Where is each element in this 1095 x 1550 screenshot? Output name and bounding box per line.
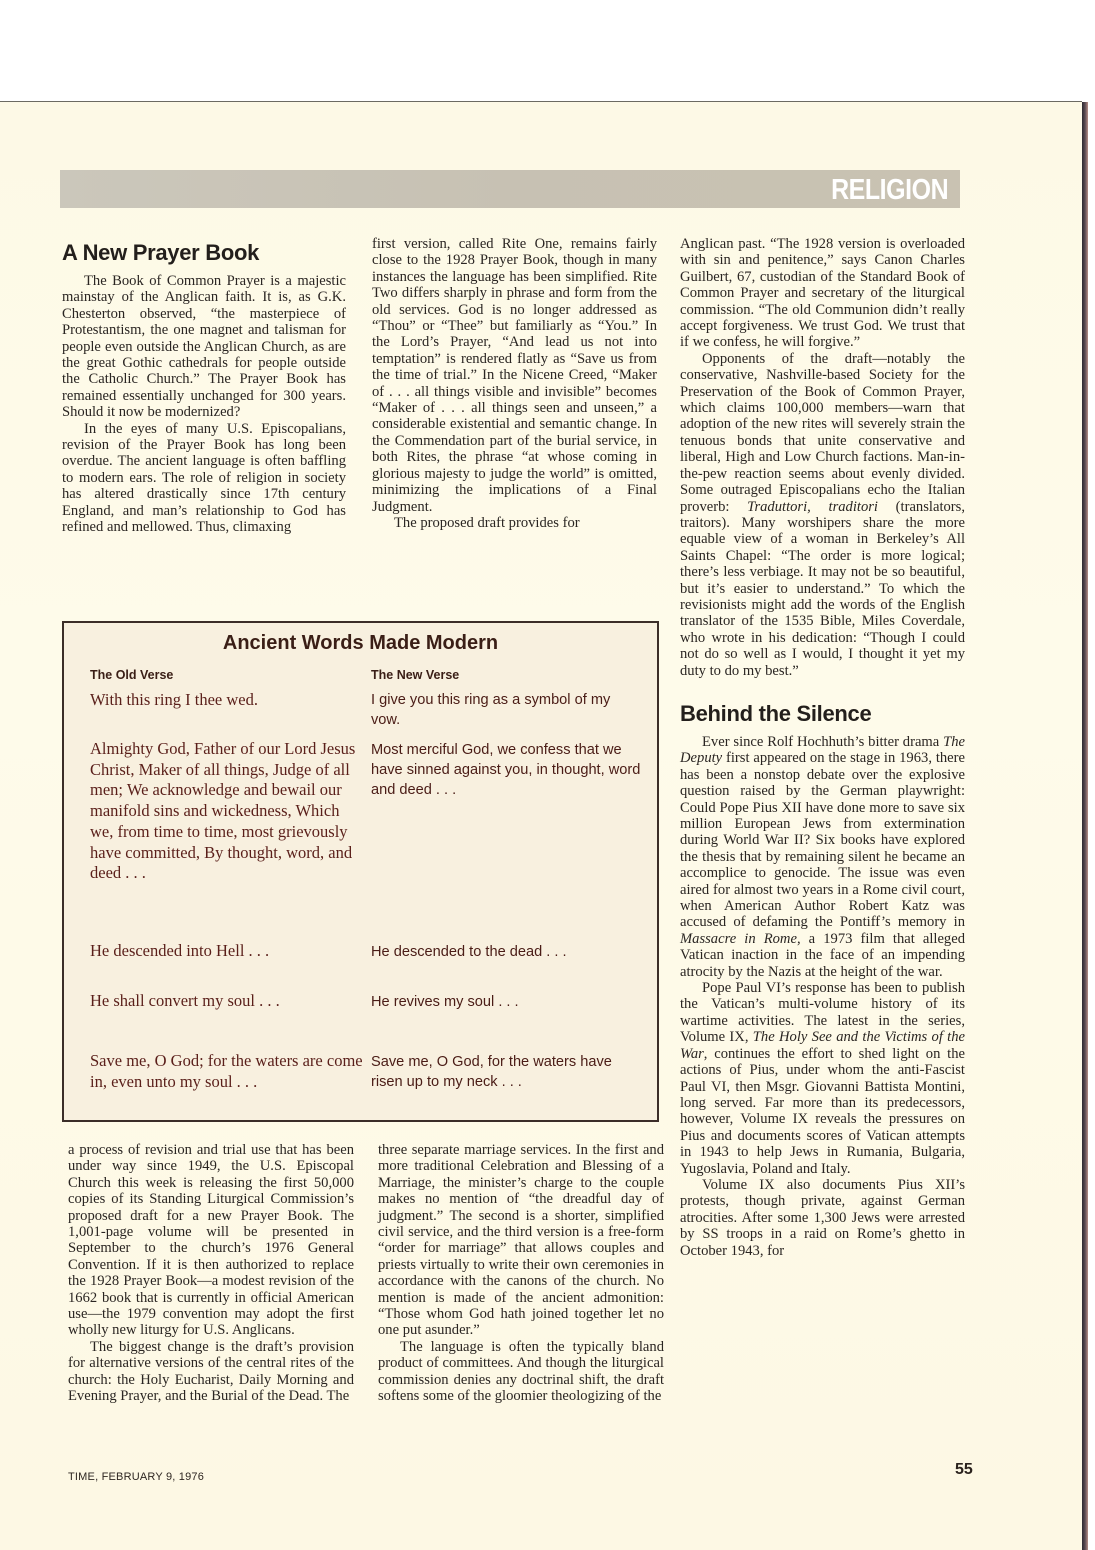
old-verse: Almighty God, Father of our Lord Jesus C… [90,739,365,884]
section-label: RELIGION [831,174,948,207]
page-number: 55 [955,1461,973,1479]
paragraph: a process of revision and trial use that… [68,1142,354,1339]
article1-headline: A New Prayer Book [62,240,346,266]
new-verse-heading: The New Verse [371,668,459,682]
article1-col2-top: first version, called Rite One, remains … [372,236,657,531]
text-run: , continues the effort to shed light on … [680,1046,965,1177]
article1-col2-bottom: three separate marriage services. In the… [378,1142,664,1405]
article2-headline: Behind the Silence [680,701,965,727]
sidebar-box: Ancient Words Made Modern The Old Verse … [62,621,659,1122]
article1-col3: Anglican past. “The 1928 version is over… [680,236,965,1259]
new-verse: He descended to the dead . . . [371,942,641,962]
page-binding-edge [1082,102,1088,1550]
paragraph: The Book of Common Prayer is a majestic … [62,273,346,421]
publication-dateline: TIME, FEBRUARY 9, 1976 [68,1471,204,1483]
text-run: Opponents of the draft—notably the conse… [680,351,965,515]
sidebar-title: Ancient Words Made Modern [64,632,657,655]
old-verse: He shall convert my soul . . . [90,991,365,1012]
section-banner: RELIGION [60,170,960,208]
old-verse: With this ring I thee wed. [90,690,365,711]
article1-col1-bottom: a process of revision and trial use that… [68,1142,354,1405]
paragraph: In the eyes of many U.S. Episcopalians, … [62,421,346,536]
paragraph: The language is often the typically blan… [378,1339,664,1405]
paragraph: Pope Paul VI’s response has been to publ… [680,980,965,1177]
article1-col1-top: A New Prayer Book The Book of Common Pra… [62,240,346,536]
italic-title: Massacre in Rome [680,931,797,947]
paragraph: Ever since Rolf Hochhuth’s bitter drama … [680,734,965,980]
paragraph: Volume IX also documents Pius XII’s prot… [680,1177,965,1259]
new-verse: I give you this ring as a symbol of my v… [371,690,641,730]
new-verse: He revives my soul . . . [371,992,641,1012]
old-verse-heading: The Old Verse [90,668,173,682]
new-verse: Save me, O God, for the waters have rise… [371,1052,641,1092]
paragraph: The biggest change is the draft’s provis… [68,1339,354,1405]
old-verse: He descended into Hell . . . [90,941,365,962]
text-run: (translators, traitors). Many worshipers… [680,499,965,679]
italic-phrase: Traduttori, traditori [747,499,878,515]
text-run: Ever since Rolf Hochhuth’s bitter drama [702,734,943,750]
text-run: first appeared on the stage in 1963, the… [680,750,965,930]
paragraph: Anglican past. “The 1928 version is over… [680,236,965,351]
paragraph: first version, called Rite One, remains … [372,236,657,515]
old-verse: Save me, O God; for the waters are come … [90,1051,365,1092]
new-verse: Most merciful God, we confess that we ha… [371,740,641,800]
paragraph: The proposed draft provides for [372,515,657,531]
paragraph: three separate marriage services. In the… [378,1142,664,1339]
paragraph: Opponents of the draft—notably the conse… [680,351,965,679]
